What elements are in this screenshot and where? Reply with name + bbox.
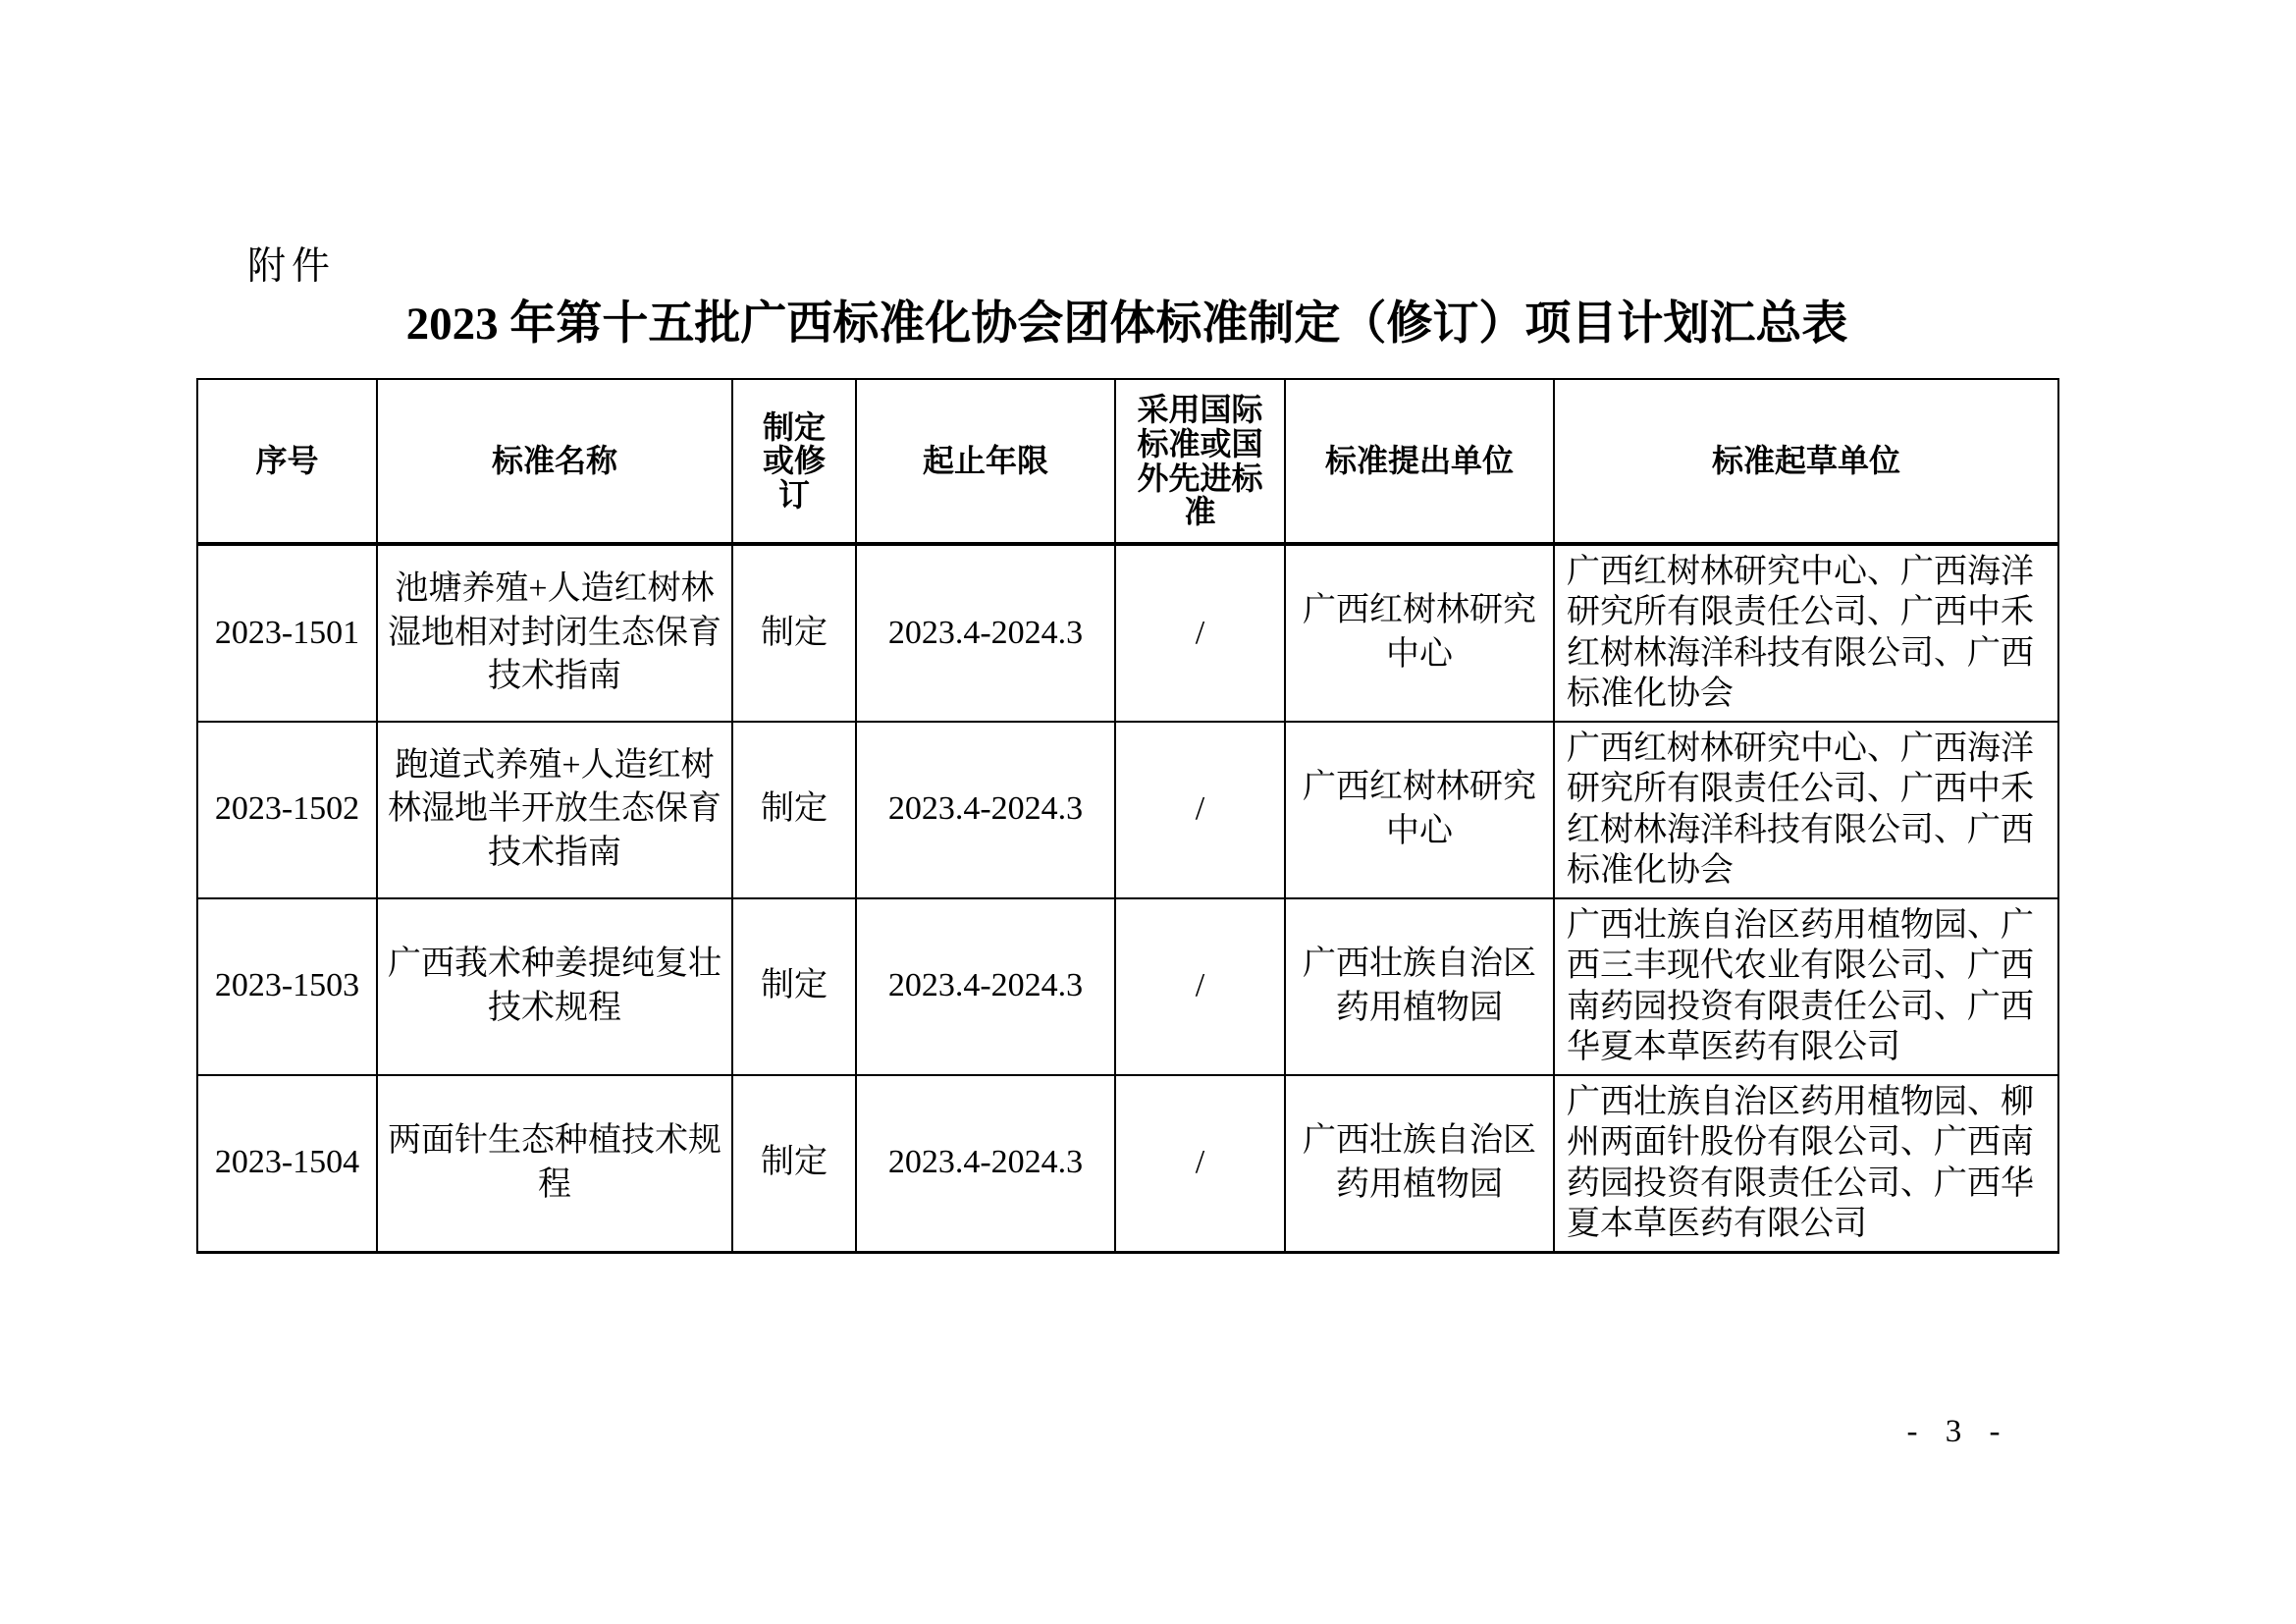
cell-formulate-or-revise: 制定 <box>732 544 856 722</box>
cell-drafting-unit: 广西壮族自治区药用植物园、柳州两面针股份有限公司、广西南药园投资有限责任公司、广… <box>1554 1075 2058 1252</box>
table-row: 2023-1503 广西莪术种姜提纯复壮技术规程 制定 2023.4-2024.… <box>197 898 2058 1075</box>
plan-summary-table: 序号 标准名称 制定或修订 起止年限 采用国际标准或国外先进标准 标准提出单位 … <box>196 378 2059 1254</box>
cell-international-standard: / <box>1115 722 1285 898</box>
cell-serial: 2023-1502 <box>197 722 377 898</box>
table-row: 2023-1501 池塘养殖+人造红树林湿地相对封闭生态保育技术指南 制定 20… <box>197 544 2058 722</box>
col-header-time-span: 起止年限 <box>856 379 1115 544</box>
cell-international-standard: / <box>1115 1075 1285 1252</box>
cell-time-span: 2023.4-2024.3 <box>856 898 1115 1075</box>
document-page: 附件 2023 年第十五批广西标准化协会团体标准制定（修订）项目计划汇总表 序号… <box>0 0 2296 1624</box>
header-row: 序号 标准名称 制定或修订 起止年限 采用国际标准或国外先进标准 标准提出单位 … <box>197 379 2058 544</box>
page-number: - 3 - <box>1870 1414 2047 1450</box>
cell-formulate-or-revise: 制定 <box>732 898 856 1075</box>
cell-standard-name: 广西莪术种姜提纯复壮技术规程 <box>377 898 732 1075</box>
cell-formulate-or-revise: 制定 <box>732 722 856 898</box>
cell-proposing-unit: 广西红树林研究中心 <box>1285 544 1554 722</box>
cell-time-span: 2023.4-2024.3 <box>856 1075 1115 1252</box>
cell-international-standard: / <box>1115 544 1285 722</box>
cell-standard-name: 跑道式养殖+人造红树林湿地半开放生态保育技术指南 <box>377 722 732 898</box>
col-header-drafting-unit: 标准起草单位 <box>1554 379 2058 544</box>
col-header-proposing-unit: 标准提出单位 <box>1285 379 1554 544</box>
cell-standard-name: 两面针生态种植技术规程 <box>377 1075 732 1252</box>
table-row: 2023-1502 跑道式养殖+人造红树林湿地半开放生态保育技术指南 制定 20… <box>197 722 2058 898</box>
table-header: 序号 标准名称 制定或修订 起止年限 采用国际标准或国外先进标准 标准提出单位 … <box>197 379 2058 544</box>
cell-serial: 2023-1504 <box>197 1075 377 1252</box>
attachment-label: 附件 <box>247 236 336 291</box>
table-body: 2023-1501 池塘养殖+人造红树林湿地相对封闭生态保育技术指南 制定 20… <box>197 544 2058 1252</box>
page-title: 2023 年第十五批广西标准化协会团体标准制定（修订）项目计划汇总表 <box>196 287 2057 352</box>
cell-standard-name: 池塘养殖+人造红树林湿地相对封闭生态保育技术指南 <box>377 544 732 722</box>
cell-proposing-unit: 广西红树林研究中心 <box>1285 722 1554 898</box>
cell-time-span: 2023.4-2024.3 <box>856 544 1115 722</box>
col-header-international-standard: 采用国际标准或国外先进标准 <box>1115 379 1285 544</box>
cell-time-span: 2023.4-2024.3 <box>856 722 1115 898</box>
cell-drafting-unit: 广西壮族自治区药用植物园、广西三丰现代农业有限公司、广西南药园投资有限责任公司、… <box>1554 898 2058 1075</box>
cell-drafting-unit: 广西红树林研究中心、广西海洋研究所有限责任公司、广西中禾红树林海洋科技有限公司、… <box>1554 544 2058 722</box>
cell-proposing-unit: 广西壮族自治区药用植物园 <box>1285 898 1554 1075</box>
cell-serial: 2023-1503 <box>197 898 377 1075</box>
col-header-formulate-or-revise: 制定或修订 <box>732 379 856 544</box>
col-header-standard-name: 标准名称 <box>377 379 732 544</box>
cell-formulate-or-revise: 制定 <box>732 1075 856 1252</box>
cell-drafting-unit: 广西红树林研究中心、广西海洋研究所有限责任公司、广西中禾红树林海洋科技有限公司、… <box>1554 722 2058 898</box>
cell-serial: 2023-1501 <box>197 544 377 722</box>
table-row: 2023-1504 两面针生态种植技术规程 制定 2023.4-2024.3 /… <box>197 1075 2058 1252</box>
cell-proposing-unit: 广西壮族自治区药用植物园 <box>1285 1075 1554 1252</box>
cell-international-standard: / <box>1115 898 1285 1075</box>
col-header-serial: 序号 <box>197 379 377 544</box>
